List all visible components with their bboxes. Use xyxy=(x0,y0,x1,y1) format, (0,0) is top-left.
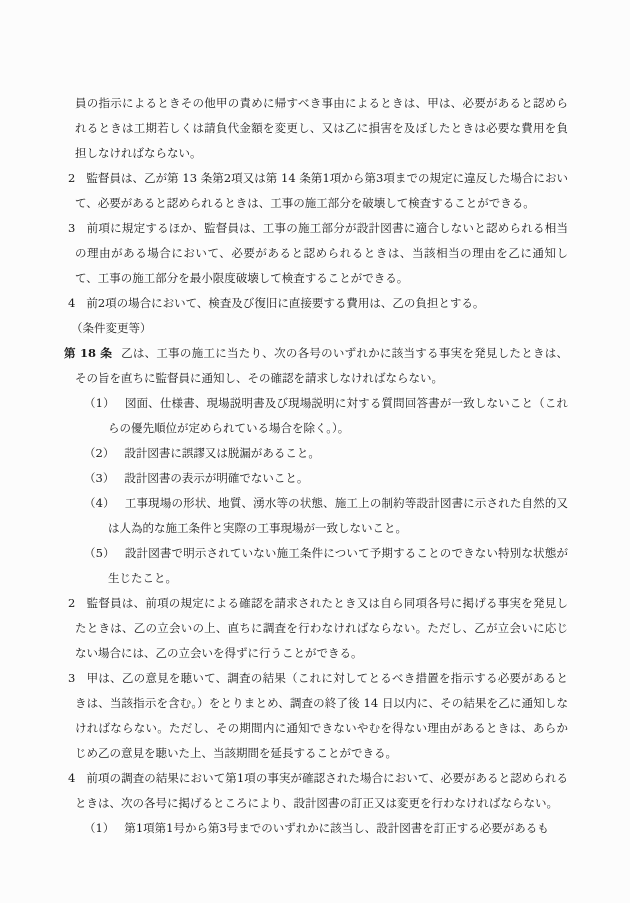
paragraph-marker: （4） xyxy=(84,496,115,510)
paragraph-text: 設計図書で明示されていない施工条件について予期することのできない特別な状態が生じ… xyxy=(108,546,568,585)
paragraph-marker: （3） xyxy=(84,471,114,485)
paragraph-text: 前2項の場合において、検査及び復旧に直接要する費用は、乙の負担とする。 xyxy=(86,296,484,310)
paragraph-marker: （5） xyxy=(84,546,115,560)
paragraph-text: 工事現場の形状、地質、湧水等の状態、施工上の制約等設計図書に示された自然的又は人… xyxy=(108,496,568,535)
paragraph-marker: 2 xyxy=(68,596,75,610)
paragraph-marker: 3 xyxy=(68,221,75,235)
paragraph-text: 監督員は、乙が第 13 条第2項又は第 14 条第1項から第3項までの規定に違反… xyxy=(75,171,568,210)
paragraph-para: 3前項に規定するほか、監督員は、工事の施工部分が設計図書に適合しないと認められる… xyxy=(64,216,568,291)
paragraph-marker: 第 18 条 xyxy=(64,346,112,360)
paragraph-text: 前項の調査の結果において第1項の事実が確認された場合において、必要があると認めら… xyxy=(75,771,568,810)
paragraph-para: 3甲は、乙の意見を聴いて、調査の結果（これに対してとるべき措置を指示する必要があ… xyxy=(64,666,568,766)
paragraph-item: （5）設計図書で明示されていない施工条件について予期することのできない特別な状態… xyxy=(64,541,568,591)
paragraph-marker: （1） xyxy=(84,396,115,410)
paragraph-cont: 員の指示によるときその他甲の責めに帰すべき事由によるときは、甲は、必要があると認… xyxy=(64,91,568,166)
paragraph-text: 設計図書に誤謬又は脱漏があること。 xyxy=(124,446,320,460)
paragraph-text: （条件変更等） xyxy=(71,321,152,335)
paragraph-para: 2監督員は、乙が第 13 条第2項又は第 14 条第1項から第3項までの規定に違… xyxy=(64,166,568,216)
paragraph-marker: （2） xyxy=(84,446,114,460)
paragraph-text: 乙は、工事の施工に当たり、次の各号のいずれかに該当する事実を発見したときは、その… xyxy=(75,346,568,385)
paragraph-text: 図面、仕様書、現場説明書及び現場説明に対する質問回答書が一致しないこと（これらの… xyxy=(108,396,568,435)
paragraph-item: （4）工事現場の形状、地質、湧水等の状態、施工上の制約等設計図書に示された自然的… xyxy=(64,491,568,541)
paragraph-marker: 2 xyxy=(68,171,75,185)
paragraph-para: 4前2項の場合において、検査及び復旧に直接要する費用は、乙の負担とする。 xyxy=(64,291,568,316)
paragraph-para: 2監督員は、前項の規定による確認を請求されたとき又は自ら同項各号に掲げる事実を発… xyxy=(64,591,568,666)
paragraph-text: 員の指示によるときその他甲の責めに帰すべき事由によるときは、甲は、必要があると認… xyxy=(75,96,568,160)
paragraph-marker: 4 xyxy=(68,771,75,785)
paragraph-text: 第1項第1号から第3号までのいずれかに該当し、設計図書を訂正する必要があるも xyxy=(124,821,548,835)
paragraph-item: （2）設計図書に誤謬又は脱漏があること。 xyxy=(64,441,568,466)
paragraph-item: （1）図面、仕様書、現場説明書及び現場説明に対する質問回答書が一致しないこと（こ… xyxy=(64,391,568,441)
paragraph-item: （1）第1項第1号から第3号までのいずれかに該当し、設計図書を訂正する必要がある… xyxy=(64,816,568,841)
paragraph-label: （条件変更等） xyxy=(64,316,568,341)
paragraph-article: 第 18 条乙は、工事の施工に当たり、次の各号のいずれかに該当する事実を発見した… xyxy=(64,341,568,391)
paragraph-marker: （1） xyxy=(84,821,114,835)
document-page: 員の指示によるときその他甲の責めに帰すべき事由によるときは、甲は、必要があると認… xyxy=(0,0,630,903)
paragraph-item: （3）設計図書の表示が明確でないこと。 xyxy=(64,466,568,491)
paragraph-text: 甲は、乙の意見を聴いて、調査の結果（これに対してとるべき措置を指示する必要がある… xyxy=(75,671,568,760)
paragraph-text: 設計図書の表示が明確でないこと。 xyxy=(124,471,308,485)
paragraph-marker: 4 xyxy=(68,296,75,310)
paragraph-marker: 3 xyxy=(68,671,75,685)
paragraph-text: 前項に規定するほか、監督員は、工事の施工部分が設計図書に適合しないと認められる相… xyxy=(75,221,568,285)
document-body: 員の指示によるときその他甲の責めに帰すべき事由によるときは、甲は、必要があると認… xyxy=(64,91,568,841)
paragraph-para: 4前項の調査の結果において第1項の事実が確認された場合において、必要があると認め… xyxy=(64,766,568,816)
paragraph-text: 監督員は、前項の規定による確認を請求されたとき又は自ら同項各号に掲げる事実を発見… xyxy=(75,596,568,660)
